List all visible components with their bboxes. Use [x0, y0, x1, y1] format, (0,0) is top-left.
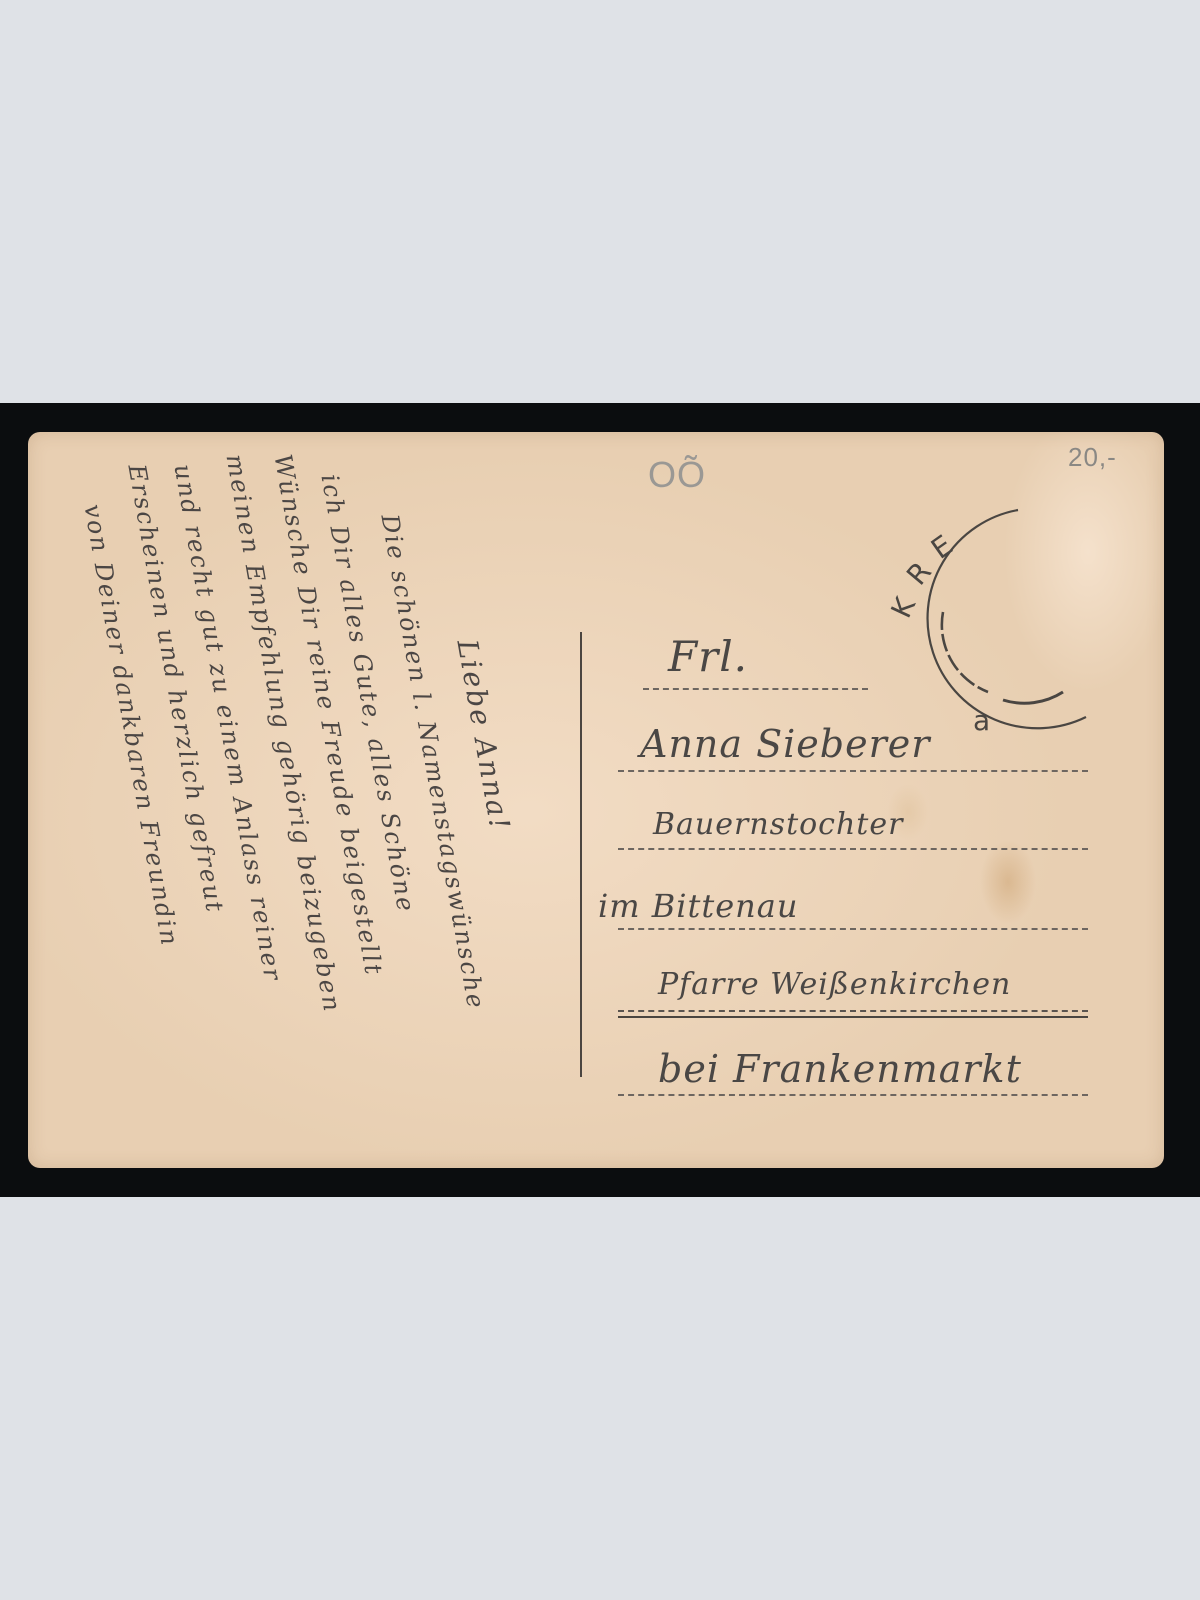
address-name: Anna Sieberer [640, 722, 930, 766]
address-line-4 [618, 928, 1088, 930]
address-occupation: Bauernstochter [653, 807, 903, 842]
svg-text:a: a [973, 704, 990, 737]
address-line-3 [618, 848, 1088, 850]
address-parish: Pfarre Weißenkirchen [658, 967, 1011, 1002]
svg-text:K: K [884, 592, 922, 623]
address-town: bei Frankenmarkt [658, 1047, 1022, 1091]
postmark-stamp: K R E a KRE [878, 502, 1090, 742]
address-locality: im Bittenau [598, 887, 798, 925]
address-title: Frl. [668, 632, 748, 681]
postcard: 20,- OÕ K R E a KRE Frl. Anna Sieberer B… [28, 432, 1164, 1168]
address-line-1 [643, 688, 868, 690]
pencil-mark: OÕ [648, 454, 706, 496]
address-line-6 [618, 1094, 1088, 1096]
address-line-2 [618, 770, 1088, 772]
pencil-price: 20,- [1068, 442, 1117, 473]
center-divider [580, 632, 582, 1077]
salutation: Liebe Anna! [451, 637, 517, 834]
postmark-circle-icon: K R E a [878, 502, 1090, 742]
address-line-5 [618, 1010, 1088, 1012]
